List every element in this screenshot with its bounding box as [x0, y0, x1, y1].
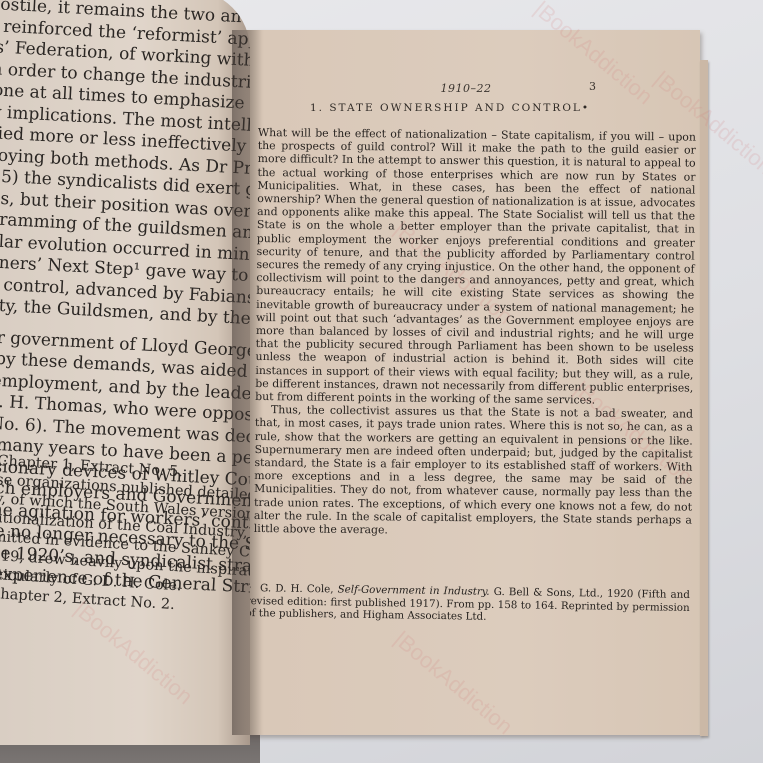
page-number: 3	[589, 80, 596, 93]
footnote: • G. D. H. Cole, Self-Government in Indu…	[245, 582, 690, 627]
footnote-author: G. D. H. Cole,	[260, 582, 334, 595]
left-page-notes: Chapter 1, Extract No. 5. se organizatio…	[0, 452, 250, 629]
paragraph-2: Thus, the collectivist assures us that t…	[254, 403, 693, 540]
book-gutter-shadow	[232, 30, 262, 735]
left-page: hostile, it remains the two anti-nationa…	[0, 0, 250, 745]
right-page: 1910–22 3 1. STATE OWNERSHIP AND CONTROL…	[232, 30, 700, 735]
paragraph-1: What will be the effect of nationalizati…	[255, 126, 696, 408]
body-text: What will be the effect of nationalizati…	[254, 126, 696, 540]
page-edge	[700, 60, 708, 736]
running-head: 1910–22	[232, 82, 700, 95]
section-title: 1. STATE OWNERSHIP AND CONTROL•	[310, 102, 590, 114]
